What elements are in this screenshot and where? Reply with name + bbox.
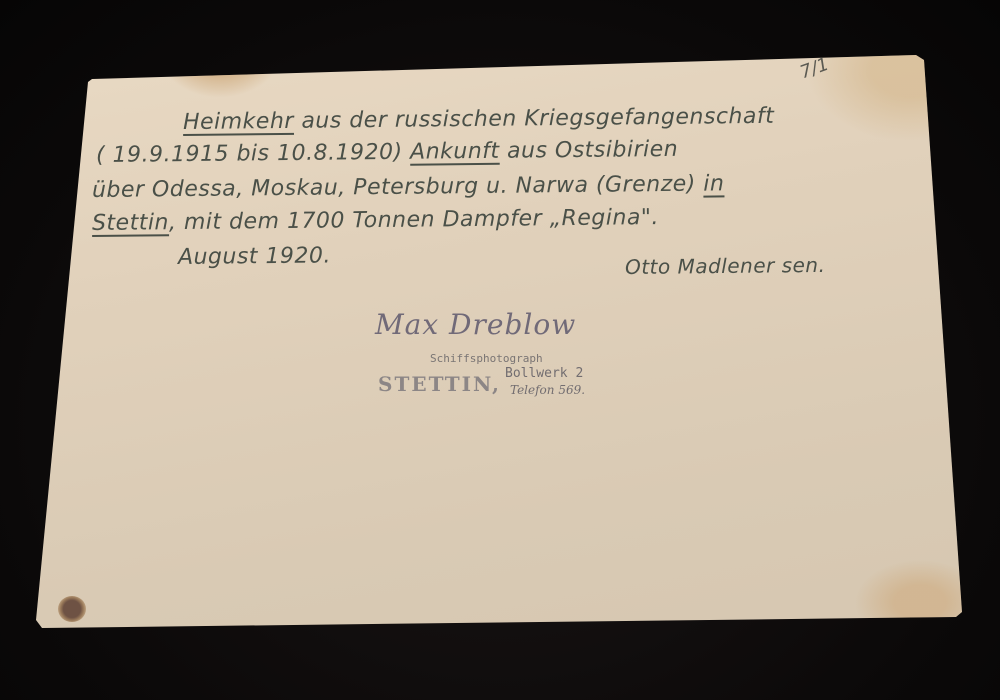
handwritten-date: August 1920. [178,243,331,270]
rust-stain [58,596,86,622]
stamp-title: Schiffsphotograph [430,352,543,365]
handwritten-text: aus Ostsibirien [499,137,678,164]
photo-card-back [0,0,1000,700]
handwritten-signature: Otto Madlener sen. [625,253,826,279]
handwritten-text: ( 19.9.1915 bis 10.8.1920) [96,140,410,168]
handwritten-word: Stettin [92,210,169,236]
stamp-street: Bollwerk 2 [505,366,583,381]
stamp-phone: Telefon 569. [510,383,585,397]
handwritten-word: Heimkehr [183,109,294,135]
stamp-photographer-name: Max Dreblow [375,308,576,341]
handwritten-text: aus der russischen Kriegsgefangenschaft [294,104,775,134]
stamp-city: STETTIN, [378,372,501,396]
handwritten-word: in [703,171,724,196]
handwritten-word: Ankunft [410,139,500,165]
handwritten-text: , mit dem 1700 Tonnen Dampfer „Regina". [169,205,659,235]
